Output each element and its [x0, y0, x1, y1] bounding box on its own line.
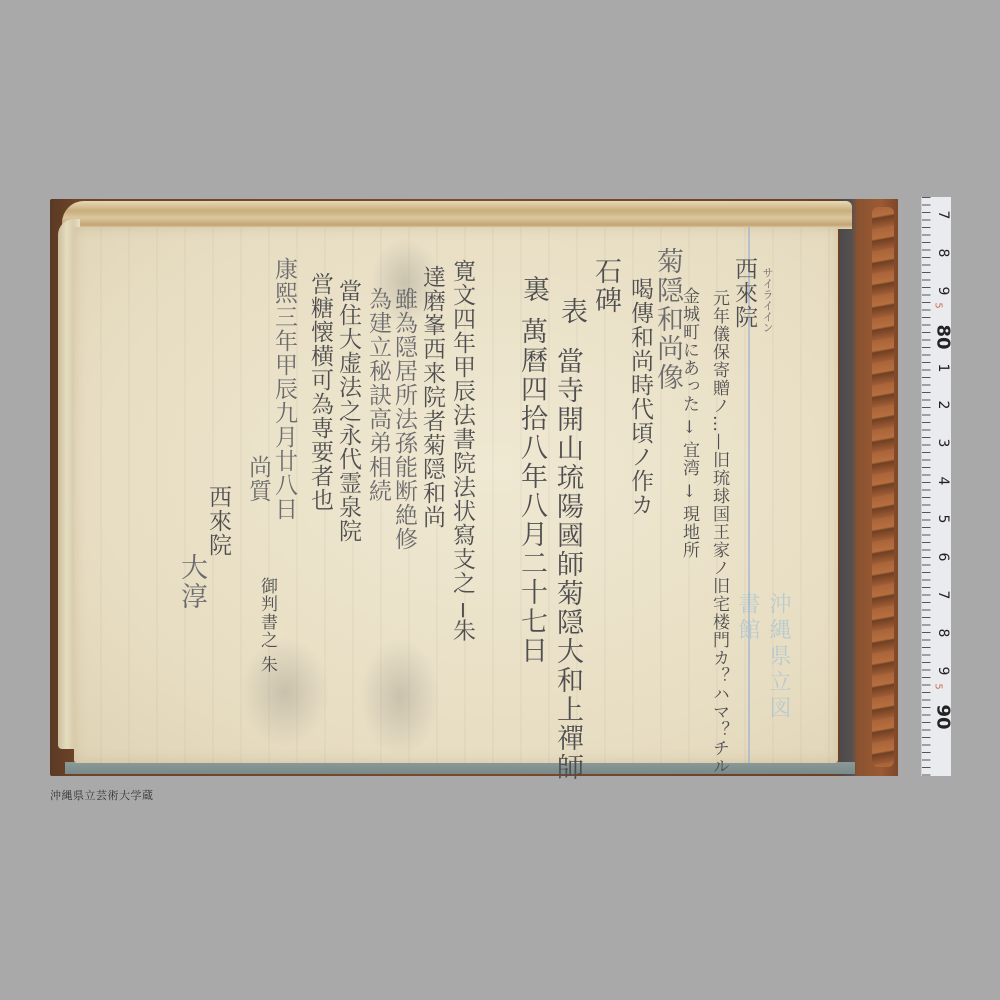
statue-heading: 菊隠和尚像	[654, 247, 681, 392]
graphite-smudge	[240, 637, 330, 747]
ruler-mark: 4	[935, 473, 951, 489]
document-line-2: 達磨峯西来院者菊隠和尚	[420, 265, 443, 529]
signer-daijun: 大淳	[178, 553, 205, 611]
temple-title: 西來院	[732, 257, 755, 329]
front-label: 表	[558, 297, 585, 326]
ruler-mark: 1	[935, 360, 951, 376]
ruler-mark: 7	[935, 207, 951, 223]
measuring-ruler: 789580123456789590	[921, 197, 951, 776]
note-line-1: 元年儀保寄贈ノ…—旧琉球国王家ノ旧宅楼門カ？ハマ？チル	[710, 289, 727, 775]
ruler-mark: 80	[933, 325, 952, 341]
ruler-mark: 9	[935, 663, 951, 679]
ruler-mark: 5	[933, 298, 944, 314]
ruler-mark: 2	[935, 397, 951, 413]
signer-shoshitsu: 尚質	[246, 455, 269, 503]
graphite-smudge	[360, 637, 440, 757]
back-label: 裏	[520, 275, 547, 304]
leather-lacing	[872, 207, 894, 767]
document-line-4: 為建立秘訣高弟相続	[366, 287, 389, 503]
furigana-text: サイライイン	[762, 267, 773, 333]
document-line-6: 営糖懐横可為専要者也	[308, 272, 331, 512]
ruler-mark: 5	[935, 511, 951, 527]
ruler-mark: 6	[935, 549, 951, 565]
ruler-mark: 5	[933, 679, 944, 695]
ruler-mark: 7	[935, 587, 951, 603]
ruler-mark: 3	[935, 435, 951, 451]
faded-stamp: 沖縄県立図書館	[754, 592, 794, 742]
signer-temple: 西來院	[206, 485, 229, 557]
front-inscription: 當寺開山琉陽國師菊隠大和上禪師	[554, 347, 581, 782]
seal-note: 御判書之 朱	[258, 577, 275, 673]
page-stack-top	[62, 201, 852, 229]
stele-heading: 石碑	[592, 257, 619, 315]
document-date: 康熙三年甲辰九月廿八日	[272, 257, 295, 521]
ruler-mark: 8	[935, 245, 951, 261]
ruler-mark: 8	[935, 625, 951, 641]
statue-note: 喝傳和尚時代頃ノ作カ	[628, 277, 651, 517]
collection-credit: 沖縄県立芸術大学蔵	[50, 787, 154, 803]
document-line-1: 寛文四年甲辰法書院法状寫支之 ─朱	[450, 259, 473, 642]
notebook-photograph: 沖縄県立図書館 サイライイン 西來院 元年儀保寄贈ノ…—旧琉球国王家ノ旧宅楼門カ…	[50, 197, 950, 776]
cloth-binding-strip	[65, 762, 855, 774]
ruler-mark: 90	[933, 705, 952, 721]
document-line-3: 雖為隠居所法孫能断絶修	[392, 287, 415, 551]
document-line-5: 當住大虚法之永代霊泉院	[336, 279, 359, 543]
back-inscription: 萬曆四拾八年八月二十七日	[518, 317, 545, 665]
